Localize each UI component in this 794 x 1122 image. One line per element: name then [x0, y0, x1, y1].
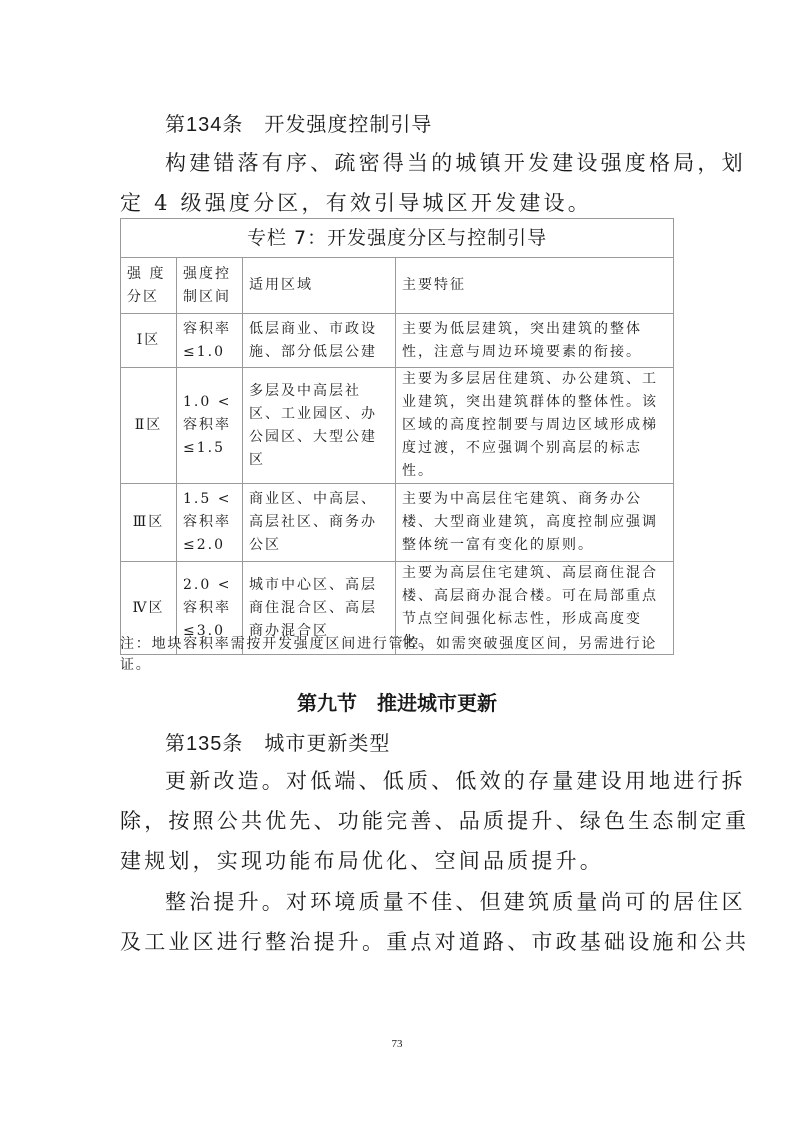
table-note: 注：地块容积率需按开发强度区间进行管控，如需突破强度区间，另需进行论证。 [120, 634, 680, 676]
article-title: 城市更新类型 [264, 731, 390, 755]
feature-cell: 主要为低层建筑，突出建筑的整体性，注意与周边环境要素的衔接。 [396, 314, 674, 368]
column-header: 强 度 分区 [121, 258, 177, 314]
range-cell: 容积率≤1.0 [177, 314, 243, 368]
zone-cell: Ⅰ区 [121, 314, 177, 368]
column-header: 主要特征 [396, 258, 674, 314]
column-header: 适用区域 [243, 258, 396, 314]
table-row: Ⅲ区 1.5 < 容积率≤2.0 商业区、中高层、高层社区、商务办公区 主要为中… [121, 484, 674, 562]
feature-cell: 主要为中高层住宅建筑、商务办公楼、大型商业建筑，高度控制应强调整体统一富有变化的… [396, 484, 674, 562]
paragraph-line: 及工业区进行整治提升。重点对道路、市政基础设施和公共 [120, 922, 749, 962]
paragraph-line: 除，按照公共优先、功能完善、品质提升、绿色生态制定重 [120, 801, 749, 841]
article-134-heading: 第134条 开发强度控制引导 [165, 108, 432, 137]
page-number: 73 [0, 1038, 794, 1050]
paragraph-line: 更新改造。对低端、低质、低效的存量建设用地进行拆 [165, 761, 746, 801]
table-row: Ⅱ区 1.0 < 容积率≤1.5 多层及中高层社区、工业园区、办公园区、大型公建… [121, 368, 674, 484]
article-135-heading: 第135条 城市更新类型 [165, 727, 390, 756]
range-cell: 1.0 < 容积率≤1.5 [177, 368, 243, 484]
section-heading: 第九节 推进城市更新 [0, 687, 794, 716]
area-cell: 低层商业、市政设施、部分低层公建 [243, 314, 396, 368]
range-cell: 1.5 < 容积率≤2.0 [177, 484, 243, 562]
zone-cell: Ⅱ区 [121, 368, 177, 484]
table-row: Ⅰ区 容积率≤1.0 低层商业、市政设施、部分低层公建 主要为低层建筑，突出建筑… [121, 314, 674, 368]
column-header: 强度控制区间 [177, 258, 243, 314]
article-title: 开发强度控制引导 [264, 112, 432, 136]
article-number: 第135条 [165, 733, 243, 755]
feature-cell: 主要为多层居住建筑、办公建筑、工业建筑，突出建筑群体的整体性。该区域的高度控制要… [396, 368, 674, 484]
paragraph-line: 建规划，实现功能布局优化、空间品质提升。 [120, 841, 604, 881]
paragraph-line: 构建错落有序、疏密得当的城镇开发建设强度格局，划 [165, 143, 746, 183]
table-header-row: 强 度 分区 强度控制区间 适用区域 主要特征 [121, 258, 674, 314]
area-cell: 商业区、中高层、高层社区、商务办公区 [243, 484, 396, 562]
paragraph-line: 整治提升。对环境质量不佳、但建筑质量尚可的居住区 [165, 882, 746, 922]
table-title: 专栏 7：开发强度分区与控制引导 [121, 219, 674, 258]
paragraph-line: 定 4 级强度分区，有效引导城区开发建设。 [120, 183, 592, 223]
area-cell: 多层及中高层社区、工业园区、办公园区、大型公建区 [243, 368, 396, 484]
article-number: 第134条 [165, 114, 243, 136]
zone-cell: Ⅲ区 [121, 484, 177, 562]
intensity-zoning-table: 专栏 7：开发强度分区与控制引导 强 度 分区 强度控制区间 适用区域 主要特征… [120, 218, 674, 655]
